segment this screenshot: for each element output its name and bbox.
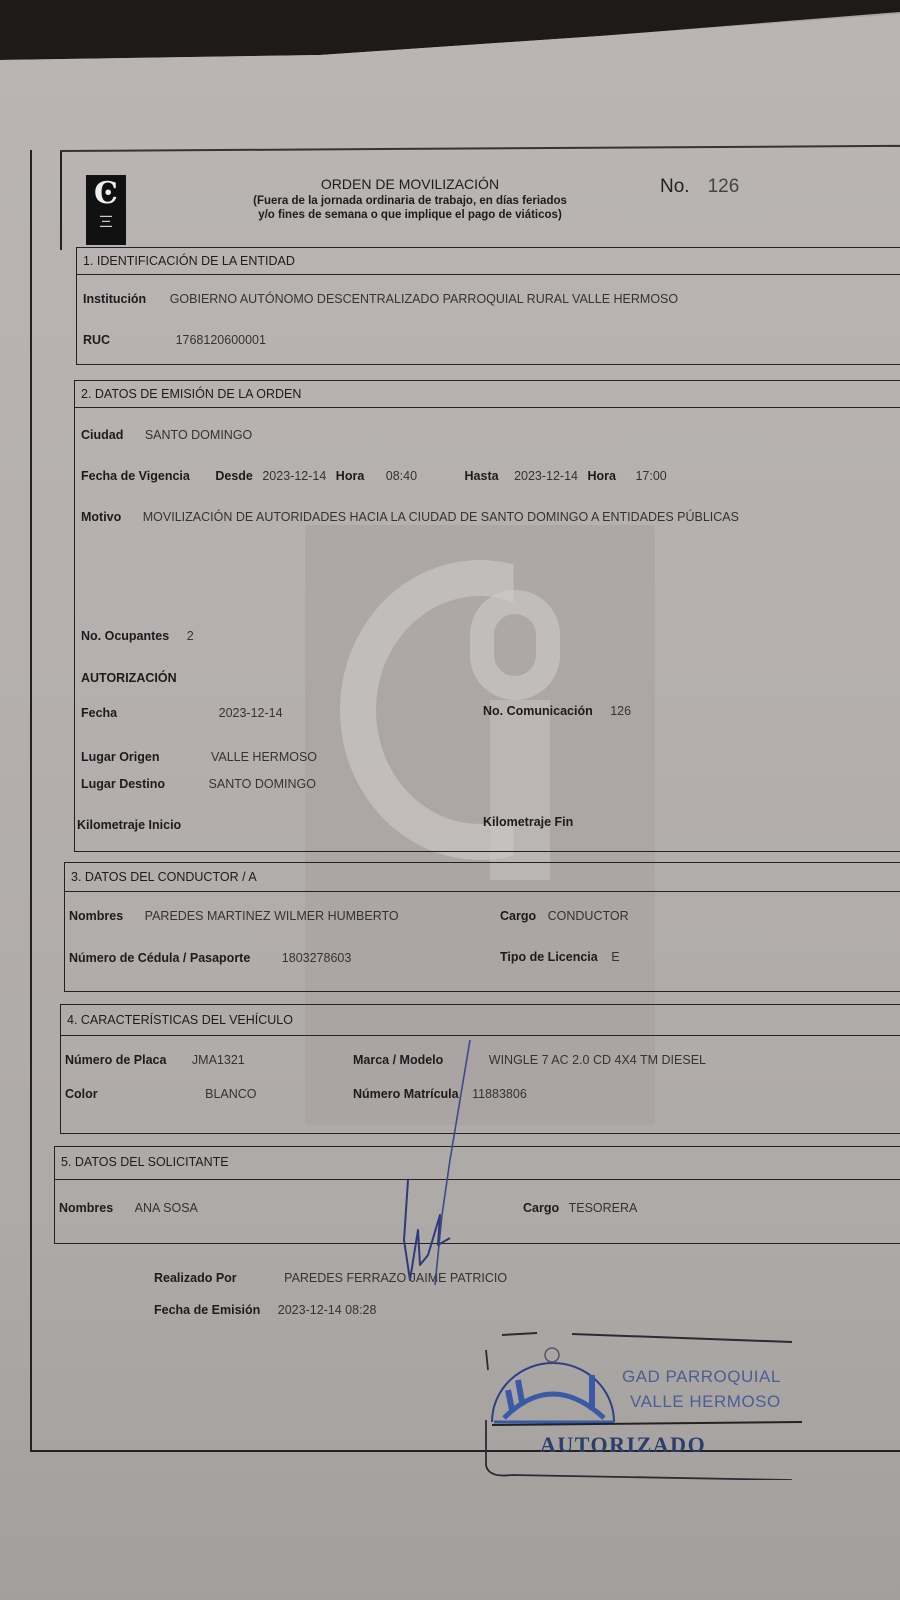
licencia-label: Tipo de Licencia [500,950,598,964]
destino-row: Lugar Destino SANTO DOMINGO [81,777,316,791]
km-fin-row: Kilometraje Fin [483,815,573,829]
stamp-line-2: VALLE HERMOSO [630,1392,781,1412]
desde-hora-label: Hora [336,469,364,483]
placa-label: Número de Placa [65,1053,166,1067]
subtitle-line-1: (Fuera de la jornada ordinaria de trabaj… [180,194,640,208]
section-heading: 1. IDENTIFICACIÓN DE LA ENTIDAD [77,248,900,275]
destino-label: Lugar Destino [81,777,165,791]
destino-value: SANTO DOMINGO [209,777,316,791]
licencia-row: Tipo de Licencia E [500,950,620,964]
section-heading: 2. DATOS DE EMISIÓN DE LA ORDEN [75,381,900,408]
comunicacion-row: No. Comunicación 126 [483,704,631,718]
conductor-nombres-value: PAREDES MARTINEZ WILMER HUMBERTO [145,909,399,923]
motivo-value: MOVILIZACIÓN DE AUTORIDADES HACIA LA CIU… [143,510,739,524]
stamp-line-1: GAD PARROQUIAL [622,1367,781,1387]
origen-label: Lugar Origen [81,750,159,764]
institucion-label: Institución [83,292,146,306]
color-label: Color [65,1087,98,1101]
solicitante-cargo-label: Cargo [523,1201,559,1215]
conductor-cargo-label: Cargo [500,909,536,923]
placa-value: JMA1321 [192,1053,245,1067]
fecha-value: 2023-12-14 [219,706,283,720]
hasta-fecha: 2023-12-14 [514,469,578,483]
ciudad-label: Ciudad [81,428,123,442]
desde-fecha: 2023-12-14 [262,469,326,483]
color-row: Color BLANCO [65,1087,257,1101]
cedula-row: Número de Cédula / Pasaporte 1803278603 [69,951,351,965]
emision-row: Fecha de Emisión 2023-12-14 08:28 [154,1303,376,1317]
fecha-label: Fecha [81,706,117,720]
conductor-cargo-value: CONDUCTOR [548,909,629,923]
ciudad-value: SANTO DOMINGO [145,428,252,442]
section-conductor: 3. DATOS DEL CONDUCTOR / A Nombres PARED… [64,862,900,992]
vigencia-row: Fecha de Vigencia Desde 2023-12-14 Hora … [81,469,667,483]
order-number: No.126 [660,176,739,198]
solicitante-nombres-label: Nombres [59,1201,113,1215]
signature-mark [390,1040,510,1290]
hasta-hora-label: Hora [588,469,616,483]
cedula-value: 1803278603 [282,951,352,965]
section-heading: 3. DATOS DEL CONDUCTOR / A [65,863,900,892]
fecha-autorizacion-row: Fecha 2023-12-14 [81,706,283,720]
km-inicio-label: Kilometraje Inicio [77,818,181,832]
conductor-cargo-row: Cargo CONDUCTOR [500,909,629,923]
conductor-nombres-row: Nombres PAREDES MARTINEZ WILMER HUMBERTO [69,909,399,923]
km-fin-label: Kilometraje Fin [483,815,573,829]
origen-value: VALLE HERMOSO [211,750,317,764]
stamp-status: AUTORIZADO [540,1432,706,1458]
ocupantes-row: No. Ocupantes 2 [81,629,194,643]
institucion-value: GOBIERNO AUTÓNOMO DESCENTRALIZADO PARROQ… [170,292,678,306]
order-number-value: 126 [708,176,740,197]
color-value: BLANCO [205,1087,256,1101]
motivo-row: Motivo MOVILIZACIÓN DE AUTORIDADES HACIA… [81,510,739,524]
comunicacion-value: 126 [610,704,631,718]
km-inicio-row: Kilometraje Inicio [77,818,181,832]
placa-row: Número de Placa JMA1321 [65,1053,245,1067]
realizado-label: Realizado Por [154,1271,237,1285]
licencia-value: E [611,950,619,964]
cedula-label: Número de Cédula / Pasaporte [69,951,250,965]
ciudad-row: Ciudad SANTO DOMINGO [81,428,252,442]
emision-label: Fecha de Emisión [154,1303,260,1317]
solicitante-cargo-row: Cargo TESORERA [523,1201,637,1215]
solicitante-nombres-row: Nombres ANA SOSA [59,1201,198,1215]
section-emision: 2. DATOS DE EMISIÓN DE LA ORDEN Ciudad S… [74,380,900,852]
subtitle-line-2: y/o fines de semana o que implique el pa… [180,208,640,222]
emision-value: 2023-12-14 08:28 [278,1303,377,1317]
ruc-value: 1768120600001 [176,333,266,347]
hasta-label: Hasta [465,469,499,483]
comunicacion-label: No. Comunicación [483,704,593,718]
desde-hora: 08:40 [386,469,417,483]
section-heading: 4. CARACTERÍSTICAS DEL VEHÍCULO [61,1005,900,1036]
ruc-row: RUC 1768120600001 [83,333,266,347]
solicitante-cargo-value: TESORERA [569,1201,638,1215]
desde-label: Desde [215,469,253,483]
ocupantes-value: 2 [187,629,194,643]
hasta-hora: 17:00 [635,469,666,483]
document-subtitle: (Fuera de la jornada ordinaria de trabaj… [180,194,640,222]
autorizacion-heading: AUTORIZACIÓN [81,671,177,685]
solicitante-nombres-value: ANA SOSA [135,1201,198,1215]
ruc-label: RUC [83,333,110,347]
marca-value: WINGLE 7 AC 2.0 CD 4X4 TM DIESEL [489,1053,706,1067]
vigencia-label: Fecha de Vigencia [81,469,190,483]
institucion-row: Institución GOBIERNO AUTÓNOMO DESCENTRAL… [83,292,678,306]
section-identificacion: 1. IDENTIFICACIÓN DE LA ENTIDAD Instituc… [76,247,900,365]
cgc-logo-icon: Ͼ ▬▬▬▬▬▬▬▬ [86,175,126,245]
order-number-label: No. [660,176,690,197]
conductor-nombres-label: Nombres [69,909,123,923]
ocupantes-label: No. Ocupantes [81,629,169,643]
origen-row: Lugar Origen VALLE HERMOSO [81,750,317,764]
document-title: ORDEN DE MOVILIZACIÓN [180,176,640,192]
motivo-label: Motivo [81,510,121,524]
